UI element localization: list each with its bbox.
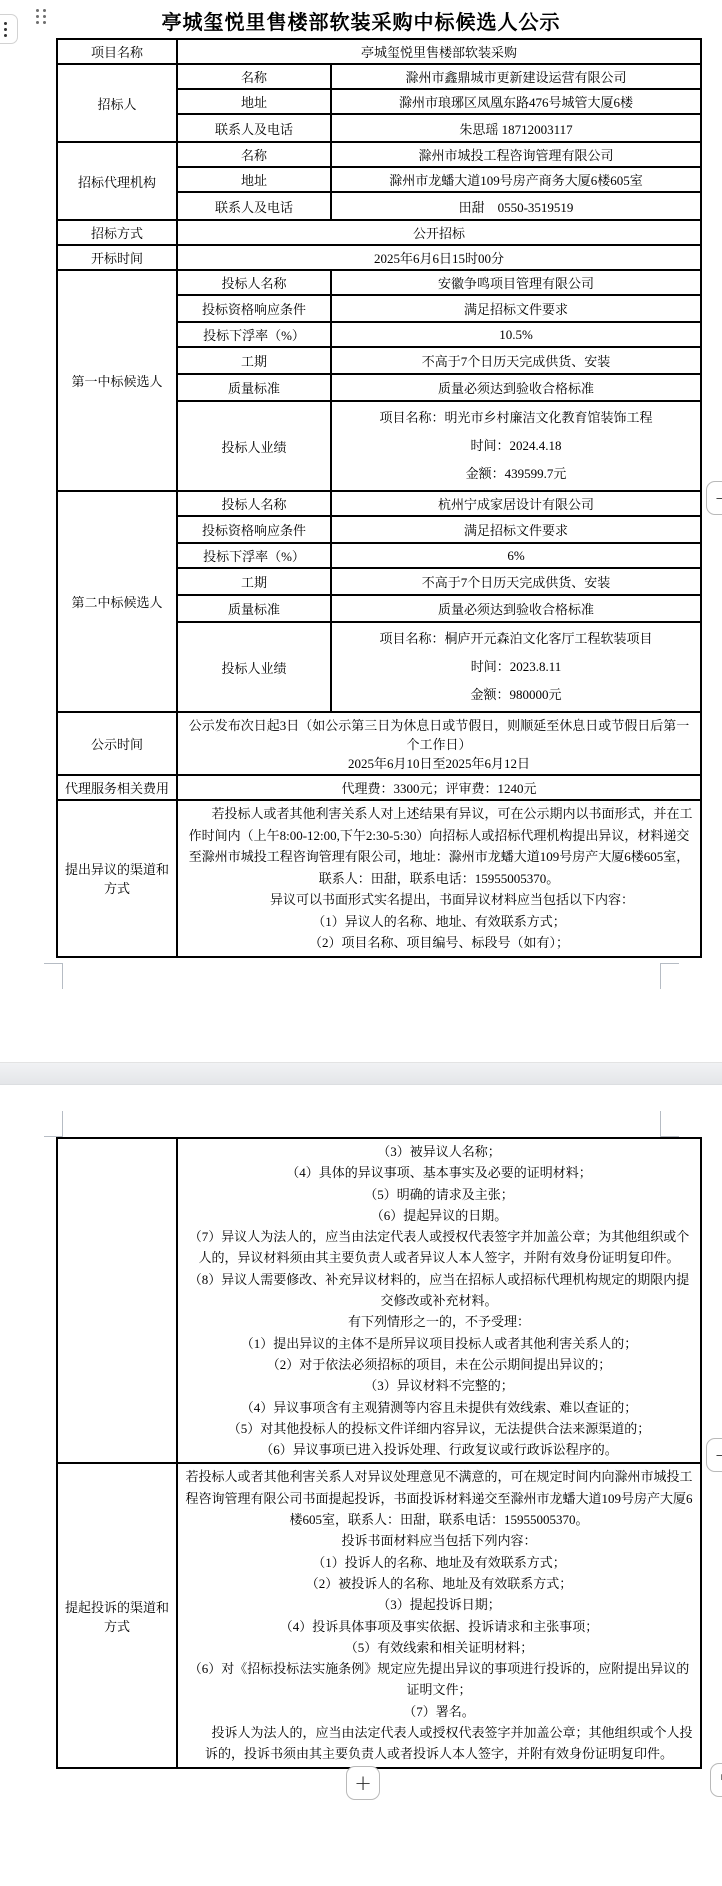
tenderee-address-label: 地址 (177, 89, 331, 114)
agency-address-value: 滁州市龙蟠大道109号房产商务大厦6楼605室 (331, 167, 701, 192)
page-separator (0, 1062, 722, 1085)
tenderee-contact-label: 联系人及电话 (177, 114, 331, 142)
insert-block-button-bottom[interactable]: + (346, 1766, 380, 1800)
candidate1-name-value: 安徽争鸣项目管理有限公司 (331, 270, 701, 295)
candidate2-quality-label: 质量标准 (177, 595, 331, 622)
tenderee-label: 招标人 (57, 64, 177, 142)
candidate2-duration-label: 工期 (177, 568, 331, 595)
candidate2-label: 第二中标候选人 (57, 491, 177, 712)
candidate2-performance-value: 项目名称：桐庐开元森泊文化客厅工程软装项目 时间：2023.8.11 金额：98… (331, 622, 701, 712)
insert-row-button-right-2[interactable]: + (706, 1438, 722, 1472)
candidate1-label: 第一中标候选人 (57, 270, 177, 491)
complaint-channel-text: 若投标人或者其他利害关系人对异议处理意见不满意的，可在规定时间内向滁州市城投工程… (177, 1463, 701, 1767)
objection-channel-text: 若投标人或者其他利害关系人对上述结果有异议，可在公示期内以书面形式，并在工作时间… (177, 800, 701, 957)
candidate2-rate-label: 投标下浮率（%） (177, 543, 331, 568)
candidate2-performance-label: 投标人业绩 (177, 622, 331, 712)
candidate1-duration-label: 工期 (177, 347, 331, 374)
candidate2-name-value: 杭州宁成家居设计有限公司 (331, 491, 701, 516)
tenderee-name-label: 名称 (177, 64, 331, 89)
page1-bottom-left-margin-mark (44, 963, 63, 989)
candidate1-name-label: 投标人名称 (177, 270, 331, 295)
tenderee-address-value: 滁州市琅琊区凤凰东路476号城管大厦6楼 (331, 89, 701, 114)
publicity-time-label: 公示时间 (57, 712, 177, 775)
objection-continuation-label (57, 1138, 177, 1463)
objection-continuation-text: （3）被异议人名称； （4）具体的异议事项、基本事实及必要的证明材料； （5）明… (177, 1138, 701, 1463)
candidate1-duration-value: 不高于7个日历天完成供货、安装 (331, 347, 701, 374)
candidate1-rate-label: 投标下浮率（%） (177, 322, 331, 347)
candidate1-performance-value: 项目名称：明光市乡村廉洁文化教育馆装饰工程 时间：2024.4.18 金额：43… (331, 401, 701, 491)
corner-tool-button[interactable] (710, 1763, 722, 1797)
tenderee-name-value: 滁州市鑫鼎城市更新建设运营有限公司 (331, 64, 701, 89)
candidate2-name-label: 投标人名称 (177, 491, 331, 516)
bid-method-value: 公开招标 (177, 220, 701, 245)
agency-contact-value: 田甜 0550-3519519 (331, 192, 701, 220)
page1-bottom-right-margin-mark (660, 963, 679, 989)
announcement-table-page2: （3）被异议人名称； （4）具体的异议事项、基本事实及必要的证明材料； （5）明… (56, 1137, 702, 1769)
agency-name-value: 滁州市城投工程咨询管理有限公司 (331, 142, 701, 167)
publicity-time-value: 公示发布次日起3日（如公示第三日为休息日或节假日，则顺延至休息日或节假日后第一个… (177, 712, 701, 775)
agency-label: 招标代理机构 (57, 142, 177, 220)
candidate1-quality-label: 质量标准 (177, 374, 331, 401)
page2-top-left-margin-mark (44, 1111, 63, 1137)
candidate2-qualification-label: 投标资格响应条件 (177, 516, 331, 543)
candidate1-performance-label: 投标人业绩 (177, 401, 331, 491)
objection-channel-label: 提出异议的渠道和 方式 (57, 800, 177, 957)
candidate2-qualification-value: 满足招标文件要求 (331, 516, 701, 543)
announcement-table-page1: 项目名称 亭城玺悦里售楼部软装采购 招标人 名称 滁州市鑫鼎城市更新建设运营有限… (56, 38, 702, 958)
candidate2-rate-value: 6% (331, 543, 701, 568)
open-time-value: 2025年6月6日15时00分 (177, 245, 701, 270)
candidate1-qualification-label: 投标资格响应条件 (177, 295, 331, 322)
page2-top-right-margin-mark (660, 1111, 679, 1137)
agency-name-label: 名称 (177, 142, 331, 167)
agency-fee-label: 代理服务相关费用 (57, 775, 177, 800)
open-time-label: 开标时间 (57, 245, 177, 270)
complaint-channel-label: 提起投诉的渠道和 方式 (57, 1463, 177, 1767)
agency-fee-value: 代理费：3300元；评审费：1240元 (177, 775, 701, 800)
insert-row-button-right-1[interactable]: + (706, 481, 722, 515)
project-name-label: 项目名称 (57, 39, 177, 64)
candidate1-quality-value: 质量必须达到验收合格标准 (331, 374, 701, 401)
bid-method-label: 招标方式 (57, 220, 177, 245)
tenderee-contact-value: 朱思瑶 18712003117 (331, 114, 701, 142)
page-title: 亭城玺悦里售楼部软装采购中标候选人公示 (0, 6, 722, 35)
candidate1-qualification-value: 满足招标文件要求 (331, 295, 701, 322)
agency-contact-label: 联系人及电话 (177, 192, 331, 220)
project-name-value: 亭城玺悦里售楼部软装采购 (177, 39, 701, 64)
candidate2-duration-value: 不高于7个日历天完成供货、安装 (331, 568, 701, 595)
candidate2-quality-value: 质量必须达到验收合格标准 (331, 595, 701, 622)
candidate1-rate-value: 10.5% (331, 322, 701, 347)
agency-address-label: 地址 (177, 167, 331, 192)
